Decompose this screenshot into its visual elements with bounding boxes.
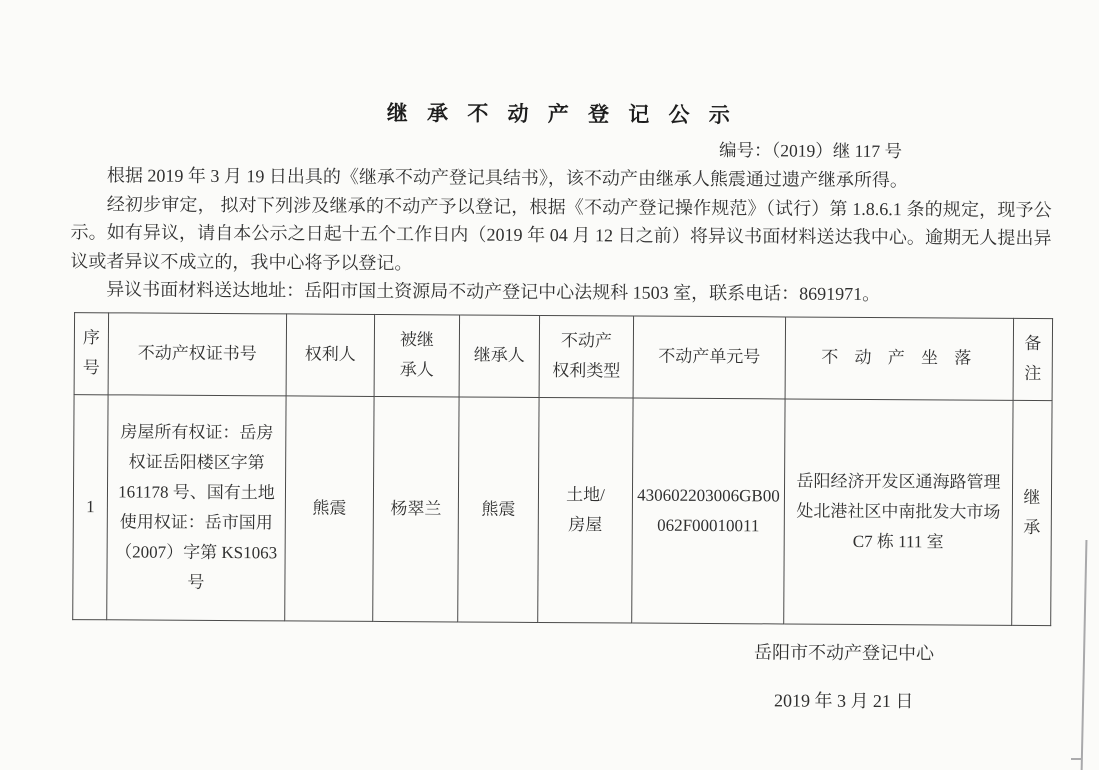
header-heir: 继承人 bbox=[459, 314, 539, 396]
header-decedent: 被继 承人 bbox=[374, 314, 459, 397]
footer-date: 2019 年 3 月 21 日 bbox=[689, 685, 999, 713]
footer-issuer: 岳阳市不动产登记中心 bbox=[689, 637, 999, 665]
scan-edge-hook bbox=[1071, 758, 1082, 760]
header-right-type: 不动产 权利类型 bbox=[539, 315, 633, 398]
paragraph-notice: 经初步审定， 拟对下列涉及继承的不动产予以登记，根据《不动产登记操作规范》（试行… bbox=[70, 190, 1052, 281]
cell-seq: 1 bbox=[73, 394, 108, 619]
document-content: 继 承 不 动 产 登 记 公 示 编号：（2019）继 117 号 根据 20… bbox=[0, 0, 1099, 714]
cell-location: 岳阳经济开发区通海路管理处北港社区中南批发大市场 C7 栋 111 室 bbox=[784, 398, 1013, 624]
page-title: 继 承 不 动 产 登 记 公 示 bbox=[71, 95, 1052, 131]
header-certificate-no: 不动产权证书号 bbox=[108, 312, 286, 395]
cell-certificate-no: 房屋所有权证：岳房权证岳阳楼区字第 161178 号、国有土地使用权证：岳市国用… bbox=[107, 394, 286, 620]
cell-right-type: 土地/ 房屋 bbox=[538, 397, 633, 623]
header-location: 不 动 产 坐 落 bbox=[785, 316, 1013, 399]
table-header-row: 序号 不动产权证书号 权利人 被继 承人 继承人 不动产 权利类型 不动产单元号… bbox=[74, 312, 1052, 400]
cell-heir: 熊震 bbox=[458, 396, 539, 621]
paragraph-objection-address: 异议书面材料送达地址：岳阳市国土资源局不动产登记中心法规科 1503 室，联系电… bbox=[70, 275, 1051, 309]
header-seq: 序号 bbox=[74, 312, 109, 394]
header-right-holder: 权利人 bbox=[286, 313, 374, 396]
header-unit-no: 不动产单元号 bbox=[633, 316, 785, 399]
table-row: 1 房屋所有权证：岳房权证岳阳楼区字第 161178 号、国有土地使用权证：岳市… bbox=[73, 394, 1052, 625]
cell-unit-no: 430602203006GB00062F00010011 bbox=[632, 398, 785, 624]
signature-block: 岳阳市不动产登记中心 2019 年 3 月 21 日 bbox=[689, 637, 999, 713]
scanned-document-page: 继 承 不 动 产 登 记 公 示 编号：（2019）继 117 号 根据 20… bbox=[0, 0, 1099, 770]
cell-decedent: 杨翠兰 bbox=[373, 396, 459, 622]
header-remark: 备注 bbox=[1013, 318, 1053, 400]
announcement-table: 序号 不动产权证书号 权利人 被继 承人 继承人 不动产 权利类型 不动产单元号… bbox=[72, 312, 1053, 626]
cell-right-holder: 熊震 bbox=[285, 395, 374, 621]
doc-number: 编号：（2019）继 117 号 bbox=[71, 133, 1052, 164]
cell-remark: 继承 bbox=[1012, 400, 1052, 625]
